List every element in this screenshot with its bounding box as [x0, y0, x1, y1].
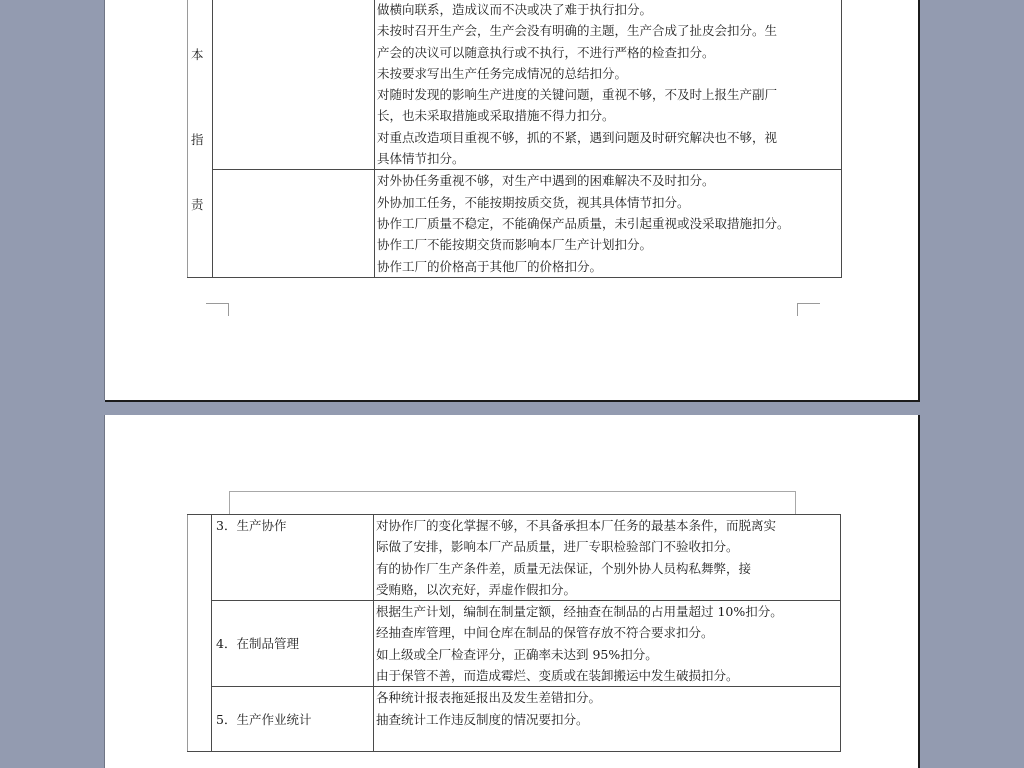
criteria-line: 外协加工任务，不能按期按质交货，视其具体情节扣分。 — [377, 192, 841, 213]
criteria-cell: 对外协任务重视不够，对生产中遇到的困难解决不及时扣分。 外协加工任务，不能按期按… — [375, 170, 842, 278]
criteria-line: 协作工厂不能按期交货而影响本厂生产计划扣分。 — [377, 234, 841, 255]
criteria-line: 具体情节扣分。 — [377, 148, 841, 169]
criteria-cell: 根据生产计划，编制在制量定额，经抽查在制品的占用量超过 10%扣分。 经抽查库管… — [374, 601, 841, 687]
criteria-line: 对外协任务重视不够，对生产中遇到的困难解决不及时扣分。 — [377, 170, 841, 191]
item-label-cell — [213, 0, 375, 170]
criteria-line: 做横向联系，造成议而不决或决了难于执行扣分。 — [377, 0, 841, 20]
table-row: 3．生产协作 对协作厂的变化掌握不够，不具备承担本厂任务的最基本条件，而脱离实 … — [188, 515, 841, 601]
table-row: 5．生产作业统计 各种统计报表拖延报出及发生差错扣分。 抽查统计工作违反制度的情… — [188, 687, 841, 752]
criteria-line: 由于保管不善，而造成霉烂、变质或在装卸搬运中发生破损扣分。 — [376, 665, 840, 686]
criteria-line: 受贿赂，以次充好，弄虚作假扣分。 — [376, 579, 840, 600]
criteria-line: 未按时召开生产会，生产会没有明确的主题，生产合成了扯皮会扣分。生 — [377, 20, 841, 41]
criteria-line: 根据生产计划，编制在制量定额，经抽查在制品的占用量超过 10%扣分。 — [376, 601, 840, 622]
criteria-table: 3．生产协作 对协作厂的变化掌握不够，不具备承担本厂任务的最基本条件，而脱离实 … — [187, 514, 841, 752]
section-char: 指 — [191, 129, 204, 150]
criteria-table-continued: 本 指 责 做横向联系，造成议而不决或决了难于执行扣分。 未按时召开生产会，生产… — [187, 0, 842, 278]
criteria-line: 对协作厂的变化掌握不够，不具备承担本厂任务的最基本条件，而脱离实 — [376, 515, 840, 536]
criteria-line: 各种统计报表拖延报出及发生差错扣分。 — [376, 687, 840, 708]
criteria-line: 如上级或全厂检查评分，正确率未达到 95%扣分。 — [376, 644, 840, 665]
document-page-1: 本 指 责 做横向联系，造成议而不决或决了难于执行扣分。 未按时召开生产会，生产… — [105, 0, 920, 402]
section-char: 责 — [191, 194, 204, 215]
item-label: 3．生产协作 — [216, 515, 373, 536]
table-row: 4．在制品管理 根据生产计划，编制在制量定额，经抽查在制品的占用量超过 10%扣… — [188, 601, 841, 687]
section-column-cell: 本 指 责 — [188, 0, 213, 278]
item-label-cell: 5．生产作业统计 — [212, 687, 374, 752]
criteria-line: 产会的决议可以随意执行或不执行，不进行严格的检查扣分。 — [377, 42, 841, 63]
criteria-cell: 做横向联系，造成议而不决或决了难于执行扣分。 未按时召开生产会，生产会没有明确的… — [375, 0, 842, 170]
document-page-2: 3．生产协作 对协作厂的变化掌握不够，不具备承担本厂任务的最基本条件，而脱离实 … — [105, 415, 920, 768]
item-label-cell — [213, 170, 375, 278]
criteria-line: 对重点改造项目重视不够，抓的不紧，遇到问题及时研究解决也不够，视 — [377, 127, 841, 148]
item-label-cell: 3．生产协作 — [212, 515, 374, 601]
criteria-line: 协作工厂的价格高于其他厂的价格扣分。 — [377, 256, 841, 277]
criteria-cell: 各种统计报表拖延报出及发生差错扣分。 抽查统计工作违反制度的情况要扣分。 — [374, 687, 841, 752]
criteria-line: 有的协作厂生产条件差，质量无法保证，个别外协人员构私舞弊，接 — [376, 558, 840, 579]
section-char: 本 — [191, 44, 204, 65]
criteria-line: 长，也未采取措施或采取措施不得力扣分。 — [377, 105, 841, 126]
header-area-box — [229, 491, 796, 515]
criteria-cell: 对协作厂的变化掌握不够，不具备承担本厂任务的最基本条件，而脱离实 际做了安排，影… — [374, 515, 841, 601]
criteria-line: 协作工厂质量不稳定，不能确保产品质量，未引起重视或没采取措施扣分。 — [377, 213, 841, 234]
margin-corner-mark — [797, 303, 820, 316]
criteria-line: 对随时发现的影响生产进度的关键问题，重视不够，不及时上报生产副厂 — [377, 84, 841, 105]
table-row: 对外协任务重视不够，对生产中遇到的困难解决不及时扣分。 外协加工任务，不能按期按… — [188, 170, 842, 278]
criteria-line: 际做了安排，影响本厂产品质量，进厂专职检验部门不验收扣分。 — [376, 536, 840, 557]
criteria-line — [376, 730, 840, 751]
criteria-line: 未按要求写出生产任务完成情况的总结扣分。 — [377, 63, 841, 84]
item-label: 5．生产作业统计 — [216, 709, 373, 730]
section-column-cell — [188, 515, 212, 752]
margin-corner-mark — [206, 303, 229, 316]
criteria-line: 抽查统计工作违反制度的情况要扣分。 — [376, 709, 840, 730]
table-row: 本 指 责 做横向联系，造成议而不决或决了难于执行扣分。 未按时召开生产会，生产… — [188, 0, 842, 170]
item-label: 4．在制品管理 — [216, 633, 373, 654]
item-label-cell: 4．在制品管理 — [212, 601, 374, 687]
criteria-line: 经抽查库管理，中间仓库在制品的保管存放不符合要求扣分。 — [376, 622, 840, 643]
